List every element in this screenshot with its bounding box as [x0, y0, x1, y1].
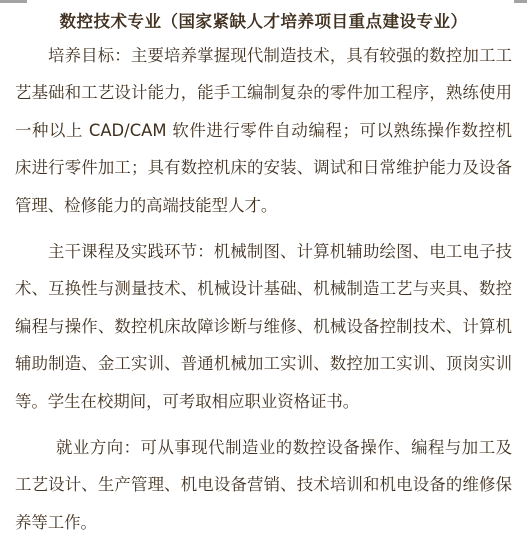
paragraph-main-courses: 主干课程及实践环节：机械制图、计算机辅助绘图、电工电子技术、互换性与测量技术、机…: [15, 233, 512, 420]
paragraph-employment-direction: 就业方向：可从事现代制造业的数控设备操作、编程与加工及工艺设计、生产管理、机电设…: [15, 429, 512, 541]
page-title: 数控技术专业（国家紧缺人才培养项目重点建设专业）: [0, 0, 527, 33]
top-right-edge-artifact: [514, 0, 527, 3]
document-page: 数控技术专业（国家紧缺人才培养项目重点建设专业） 培养目标：主要培养掌握现代制造…: [0, 0, 527, 541]
top-left-edge-artifact: [0, 0, 27, 3]
paragraph-training-objectives: 培养目标：主要培养掌握现代制造技术，具有较强的数控加工工艺基础和工艺设计能力，能…: [15, 37, 512, 224]
document-body: 培养目标：主要培养掌握现代制造技术，具有较强的数控加工工艺基础和工艺设计能力，能…: [0, 37, 527, 541]
